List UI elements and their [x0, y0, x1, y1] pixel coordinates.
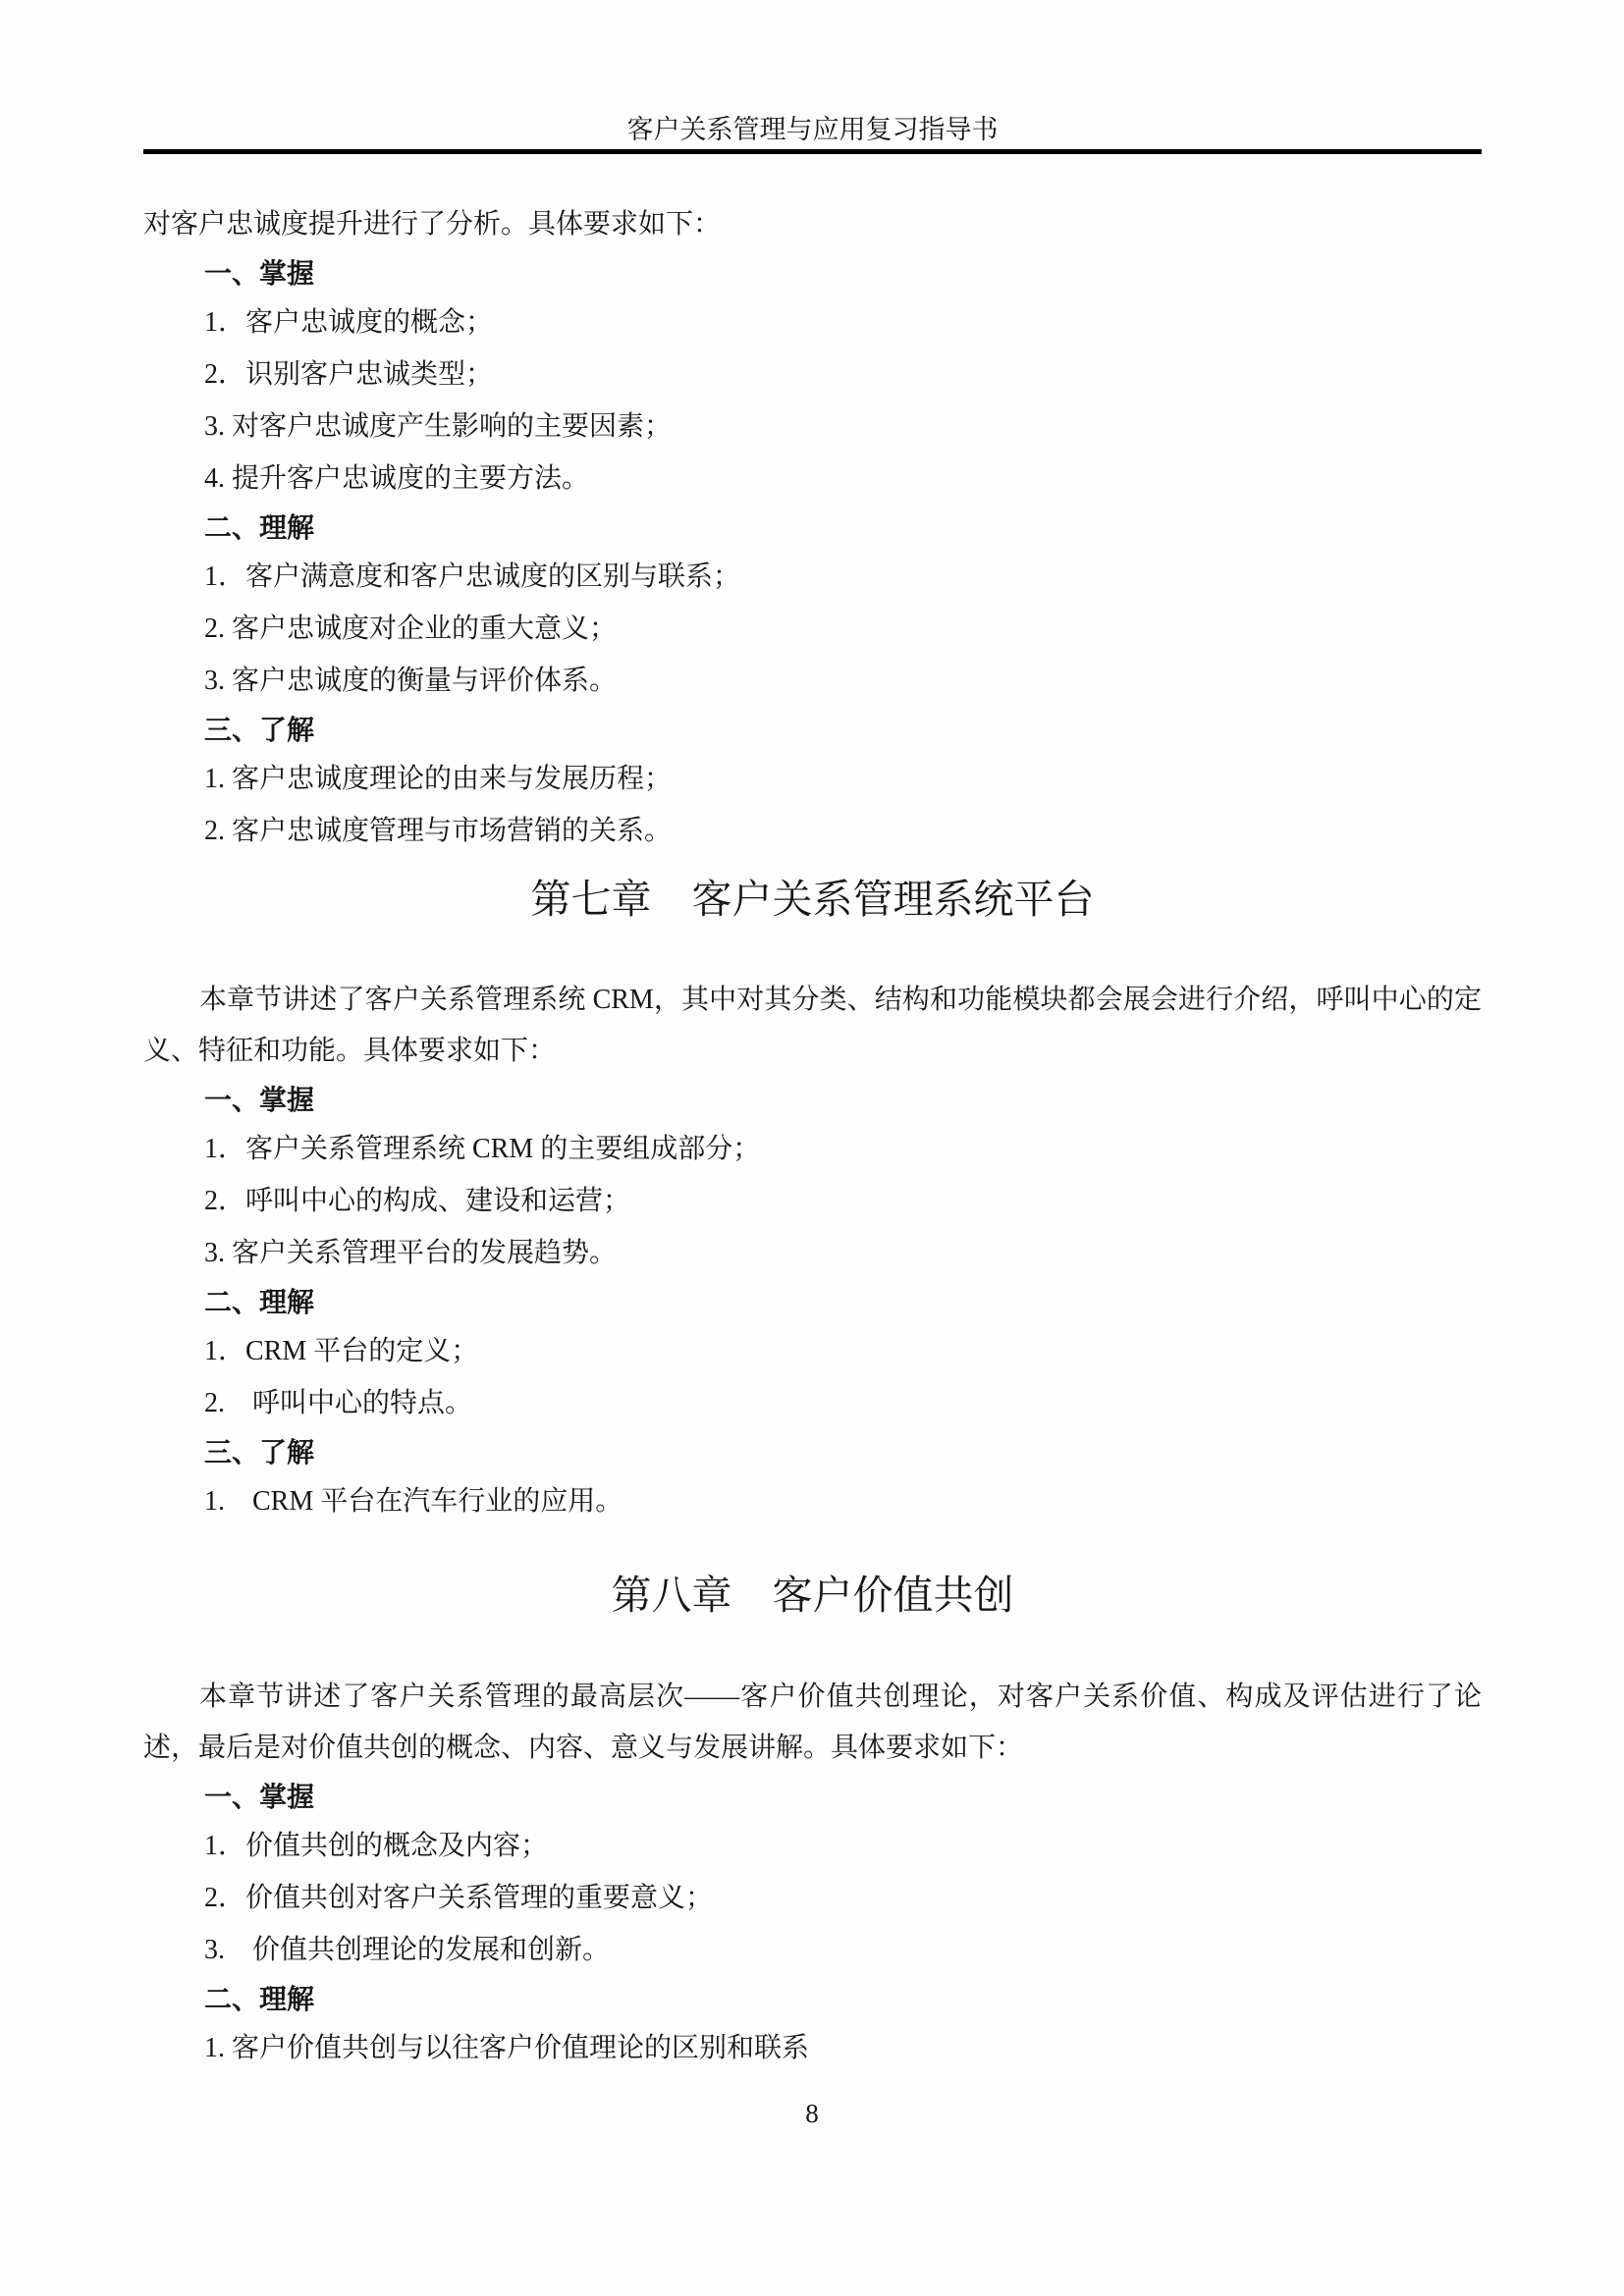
chapter8-heading: 第八章 客户价值共创 — [143, 1573, 1482, 1618]
list-item: 2．识别客户忠诚类型； — [143, 348, 1482, 400]
section-label-master: 一、掌握 — [143, 1774, 1482, 1820]
section-label-understand: 二、理解 — [143, 1279, 1482, 1325]
chapter6-requirements-section: 对客户忠诚度提升进行了分析。具体要求如下： 一、掌握 1．客户忠诚度的概念； 2… — [143, 199, 1482, 857]
section-label-master: 一、掌握 — [143, 250, 1482, 296]
chapter7-heading: 第七章 客户关系管理系统平台 — [143, 877, 1482, 922]
list-item: 3. 客户关系管理平台的发展趋势。 — [143, 1227, 1482, 1279]
list-item: 2. 客户忠诚度对企业的重大意义； — [143, 603, 1482, 655]
section-label-know: 三、了解 — [143, 1429, 1482, 1475]
chapter7-intro-paragraph: 本章节讲述了客户关系管理系统 CRM，其中对其分类、结构和功能模块都会展会进行介… — [143, 975, 1482, 1077]
list-item: 2. 呼叫中心的特点。 — [143, 1377, 1482, 1429]
list-item: 2．价值共创对客户关系管理的重要意义； — [143, 1872, 1482, 1924]
chapter6-intro-paragraph: 对客户忠诚度提升进行了分析。具体要求如下： — [143, 199, 1482, 250]
chapter8-requirements-section: 本章节讲述了客户关系管理的最高层次——客户价值共创理论，对客户关系价值、构成及评… — [143, 1672, 1482, 2074]
section-label-understand: 二、理解 — [143, 1976, 1482, 2022]
list-item: 1．客户关系管理系统 CRM 的主要组成部分； — [143, 1123, 1482, 1175]
list-item: 1．客户忠诚度的概念； — [143, 296, 1482, 348]
list-item: 3. 价值共创理论的发展和创新。 — [143, 1924, 1482, 1976]
list-item: 2．呼叫中心的构成、建设和运营； — [143, 1175, 1482, 1227]
section-label-master: 一、掌握 — [143, 1077, 1482, 1123]
page-number: 8 — [0, 2099, 1624, 2128]
list-item: 4. 提升客户忠诚度的主要方法。 — [143, 453, 1482, 505]
list-item: 1．客户满意度和客户忠诚度的区别与联系； — [143, 551, 1482, 603]
chapter8-intro-paragraph: 本章节讲述了客户关系管理的最高层次——客户价值共创理论，对客户关系价值、构成及评… — [143, 1672, 1482, 1774]
document-page: 客户关系管理与应用复习指导书 对客户忠诚度提升进行了分析。具体要求如下： 一、掌… — [0, 0, 1624, 2296]
list-item: 1. CRM 平台在汽车行业的应用。 — [143, 1475, 1482, 1527]
list-item: 3. 客户忠诚度的衡量与评价体系。 — [143, 655, 1482, 707]
list-item: 3. 对客户忠诚度产生影响的主要因素； — [143, 400, 1482, 453]
section-label-understand: 二、理解 — [143, 505, 1482, 551]
header-rule — [143, 149, 1482, 154]
list-item: 2. 客户忠诚度管理与市场营销的关系。 — [143, 805, 1482, 857]
list-item: 1．价值共创的概念及内容； — [143, 1820, 1482, 1872]
list-item: 1. 客户忠诚度理论的由来与发展历程； — [143, 753, 1482, 805]
running-header-title: 客户关系管理与应用复习指导书 — [143, 115, 1482, 144]
list-item: 1．CRM 平台的定义； — [143, 1325, 1482, 1377]
chapter7-requirements-section: 本章节讲述了客户关系管理系统 CRM，其中对其分类、结构和功能模块都会展会进行介… — [143, 975, 1482, 1527]
list-item: 1. 客户价值共创与以往客户价值理论的区别和联系 — [143, 2022, 1482, 2074]
section-label-know: 三、了解 — [143, 707, 1482, 753]
